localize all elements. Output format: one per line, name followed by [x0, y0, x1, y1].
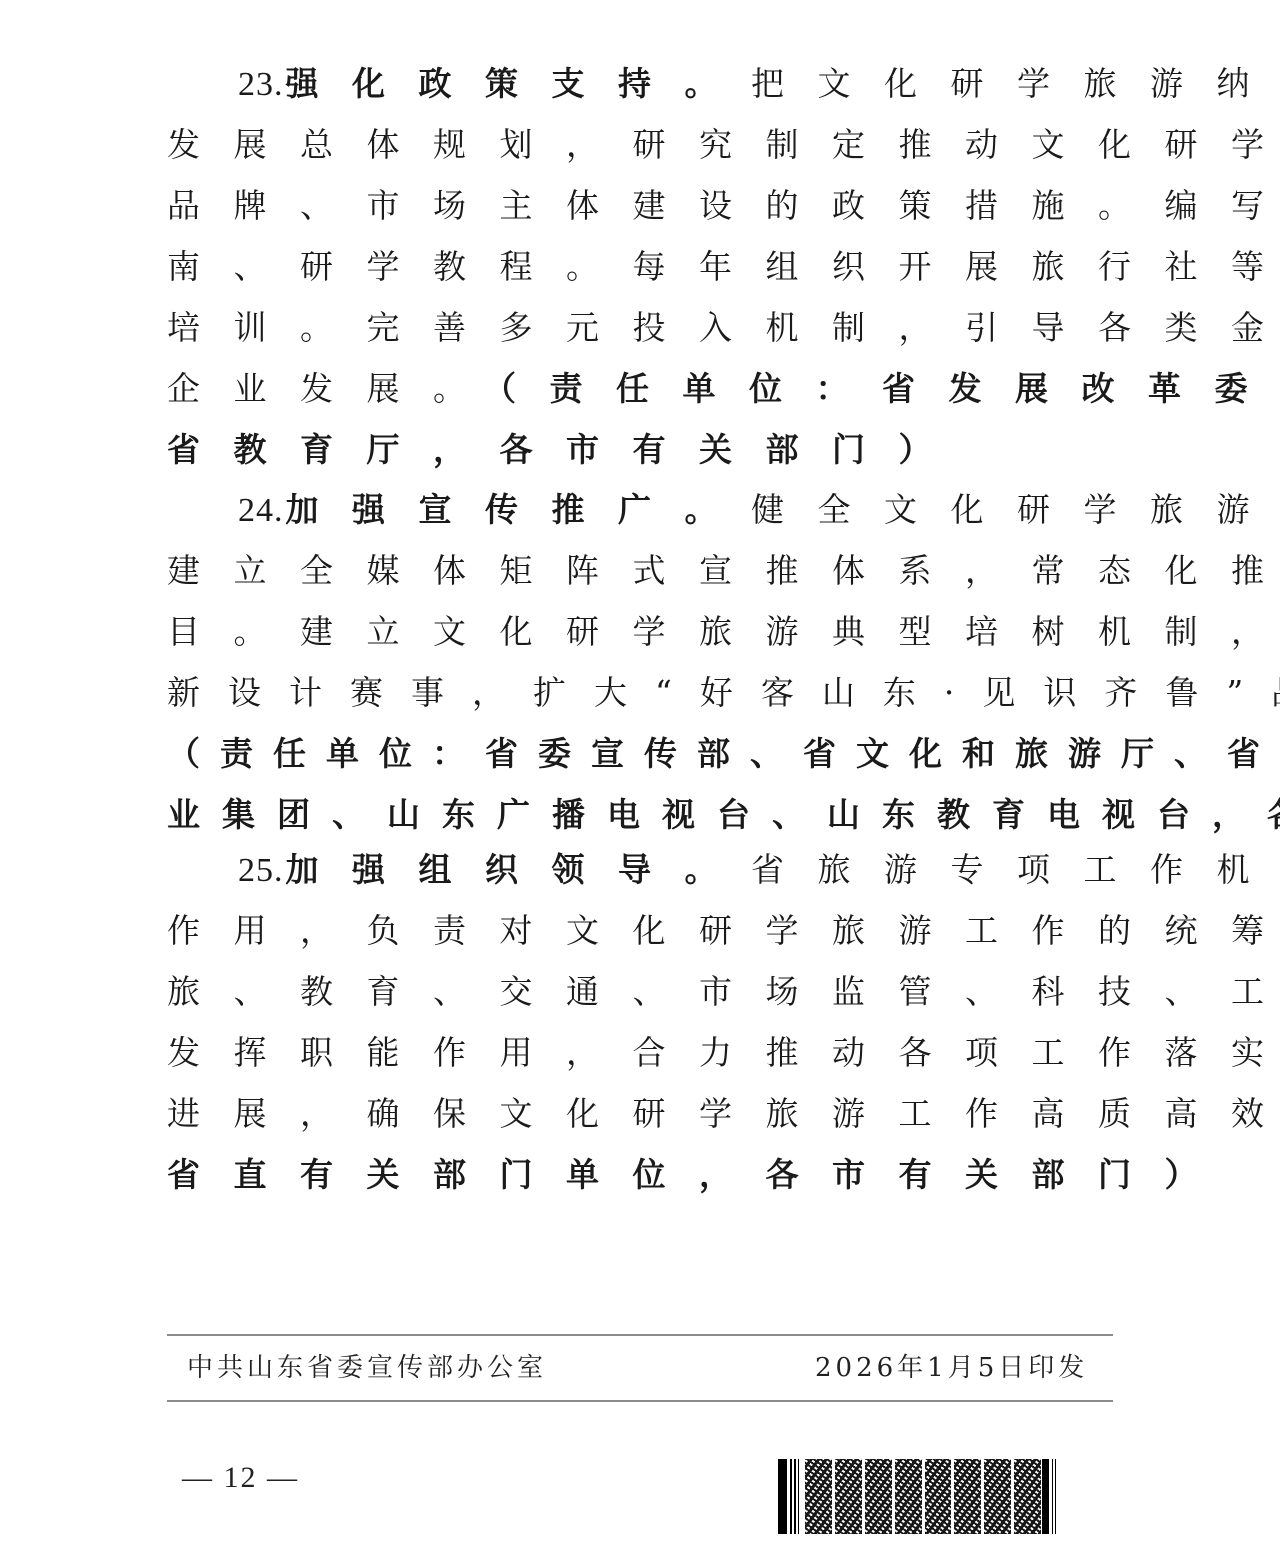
item-23-line-1: 23.强化政策支持。把文化研学旅游纳入各级经济社会: [167, 53, 1113, 114]
responsibility-units: 业集团、山东广播电视台、山东教育电视台，各市有关部门）: [167, 784, 1113, 845]
responsibility-units: （责任单位：省委宣传部、省文化和旅游厅、省广电局、大众报: [167, 723, 1113, 784]
pdf417-barcode-icon: [778, 1459, 1056, 1534]
item-text-line: 旅、教育、交通、市场监管、科技、工信、农业农村等部门: [167, 961, 1113, 1022]
responsibility-units: 省直有关部门单位，各市有关部门）: [167, 1144, 1113, 1205]
item-text: 把文化研学旅游纳入各级经济社会: [751, 64, 1280, 103]
responsibility-units: （责任单位：省发展改革委、省文化和旅游厅、: [500, 369, 1280, 408]
responsibility-units: 省教育厅，各市有关部门）: [167, 419, 1113, 480]
item-24: 24.加强宣传推广。健全文化研学旅游宣推协作机制， 建立全媒体矩阵式宣推体系，常…: [167, 479, 1113, 845]
item-text: 省旅游专项工作机制发挥统筹协调: [751, 850, 1280, 889]
item-text-line: 培训。完善多元投入机制，引导各类金融资源支持研学旅游: [167, 297, 1113, 358]
item-number: 23.: [238, 66, 284, 103]
item-text-line: 目。建立文化研学旅游典型培树机制，鼓励各地举办研学创: [167, 601, 1113, 662]
item-text-line: 建立全媒体矩阵式宣推体系，常态化推出精品栏目、特色节: [167, 540, 1113, 601]
document-page: 23.强化政策支持。把文化研学旅游纳入各级经济社会 发展总体规划，研究制定推动文…: [0, 0, 1280, 1564]
item-text-line: 发展总体规划，研究制定推动文化研学旅游重大项目、特色: [167, 114, 1113, 175]
issue-date: 2026年1月5日印发: [815, 1351, 1088, 1385]
item-text-line: 品牌、市场主体建设的政策措施。编写文化研学旅游工作指: [167, 175, 1113, 236]
item-number: 25.: [238, 852, 284, 889]
item-heading: 加强宣传推广。: [286, 490, 752, 529]
issuer-name: 中共山东省委宣传部办公室: [187, 1351, 547, 1385]
item-25: 25.加强组织领导。省旅游专项工作机制发挥统筹协调 作用，负责对文化研学旅游工作…: [167, 839, 1113, 1205]
item-text: 进展，确保文化研学旅游工作高质高效推进。: [167, 1094, 1280, 1133]
footer-bottom-rule: [167, 1400, 1113, 1402]
item-text-line: 企业发展。（责任单位：省发展改革委、省文化和旅游厅、: [167, 358, 1113, 419]
item-number: 24.: [238, 492, 284, 529]
item-24-line-1: 24.加强宣传推广。健全文化研学旅游宣推协作机制，: [167, 479, 1113, 540]
item-text-line: 南、研学教程。每年组织开展旅行社等市场主体和从业人员: [167, 236, 1113, 297]
item-text-line: 作用，负责对文化研学旅游工作的统筹规划和管理指导。文: [167, 900, 1113, 961]
item-text: 企业发展。: [167, 369, 500, 408]
item-25-line-1: 25.加强组织领导。省旅游专项工作机制发挥统筹协调: [167, 839, 1113, 900]
item-text-line: 进展，确保文化研学旅游工作高质高效推进。（责任单位：: [167, 1083, 1113, 1144]
footer-top-rule: [167, 1334, 1113, 1336]
item-heading: 加强组织领导。: [286, 850, 752, 889]
item-heading: 强化政策支持。: [286, 64, 752, 103]
item-text-line: 发挥职能作用，合力推动各项工作落实。及时总结调度工作: [167, 1022, 1113, 1083]
item-text: 健全文化研学旅游宣推协作机制，: [751, 490, 1280, 529]
item-23: 23.强化政策支持。把文化研学旅游纳入各级经济社会 发展总体规划，研究制定推动文…: [167, 53, 1113, 480]
page-number: — 12 —: [182, 1460, 299, 1496]
item-text-line: 新设计赛事，扩大“好客山东·见识齐鲁”品牌影响力。: [167, 662, 1113, 723]
